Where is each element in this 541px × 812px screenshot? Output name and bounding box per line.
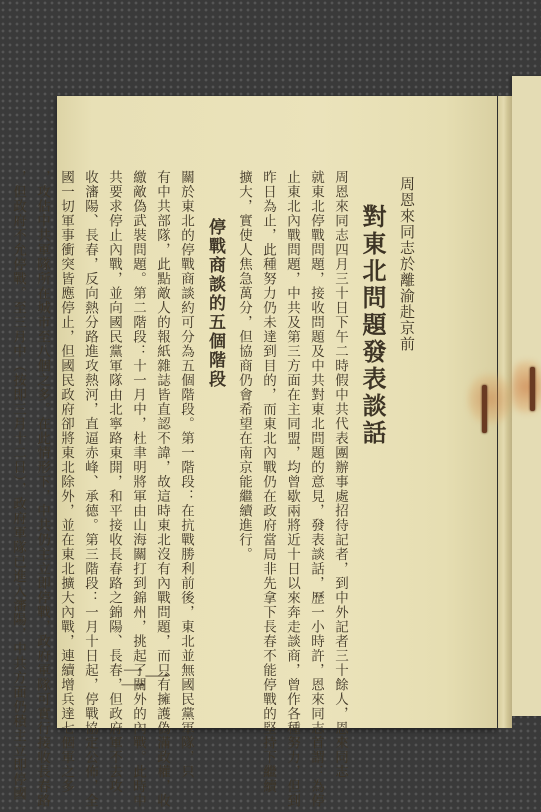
staple-icon	[530, 367, 535, 411]
page-number: 二一	[120, 658, 168, 695]
section-heading: 停戰商談的五個階段	[200, 170, 230, 670]
body-column: 收瀋陽、長春，反向熱分路進攻熱河，直逼赤峰、承德。第三階段：一月十日起，停戰協定…	[80, 170, 100, 670]
body-column: 周恩來同志四月三十日下午二時假中共代表團辦事處招待記者，到中外記者三十餘人，恩來…	[330, 170, 350, 670]
vertical-text-block: 周恩來同志於離渝赴京前 對東北問題發表談話 周恩來同志四月三十日下午二時假中共代…	[100, 170, 420, 670]
staple-icon	[482, 385, 487, 433]
body-column: 擴大，實使人焦急萬分，但協商仍會希望在南京能繼續進行。	[234, 170, 254, 670]
body-column: 止東北內戰問題，中共及第三方面在主同盟，均曾歇兩將近十日以來奔走談商，曾作各種努…	[282, 170, 302, 670]
body-column: ，但政府不允停戰。至三月中（按即三月十二日），政府軍隊已進入瀋陽，中共方面仍積主…	[8, 170, 28, 670]
body-column: 關於東北的停戰商談約可分為五個階段。第一階段：在抗戰勝利前後，東北並無國民黨軍隊…	[176, 170, 196, 670]
body-column: 國一切軍事衝突皆應停止，但國民政府卻將東北除外，並在東北擴大內戰，連續增兵達七個…	[56, 170, 76, 670]
rust-stain	[512, 352, 541, 422]
body-column: 有中共部隊，此點敵人的報紙雜誌皆直認不諱，故這時東北沒有內戰問題，而只有擁護偽滿…	[152, 170, 172, 670]
body-column: ，攻佔中共軍隊所在城市至八個之多。在此情形下，中共仍主立即停戰，政府軍隊可實行接…	[32, 170, 52, 670]
byline: 周恩來同志於離渝赴京前	[394, 170, 420, 670]
body-column: 繳敵偽武裝問題。第二階段：十一月中，杜聿明將軍由山海關打到錦州，挑起了關外的內戰…	[128, 170, 148, 670]
body-column: 就東北停戰問題，接收問題及中共對東北問題的意見，發表談話，歷一小時許，恩來同志首…	[306, 170, 326, 670]
body-column: 昨日為止，此種努力仍未達到目的，而東北內戰仍在政府當局非先拿下長春不能停戰的堅持…	[258, 170, 278, 670]
page-title: 對東北問題發表談話	[354, 170, 390, 670]
body-column: 共要求停止內戰，並向國民黨軍隊由北寧路東開，和平接收長春路之錦陽、長春，但政府軍…	[104, 170, 124, 670]
rust-stain	[468, 370, 512, 428]
